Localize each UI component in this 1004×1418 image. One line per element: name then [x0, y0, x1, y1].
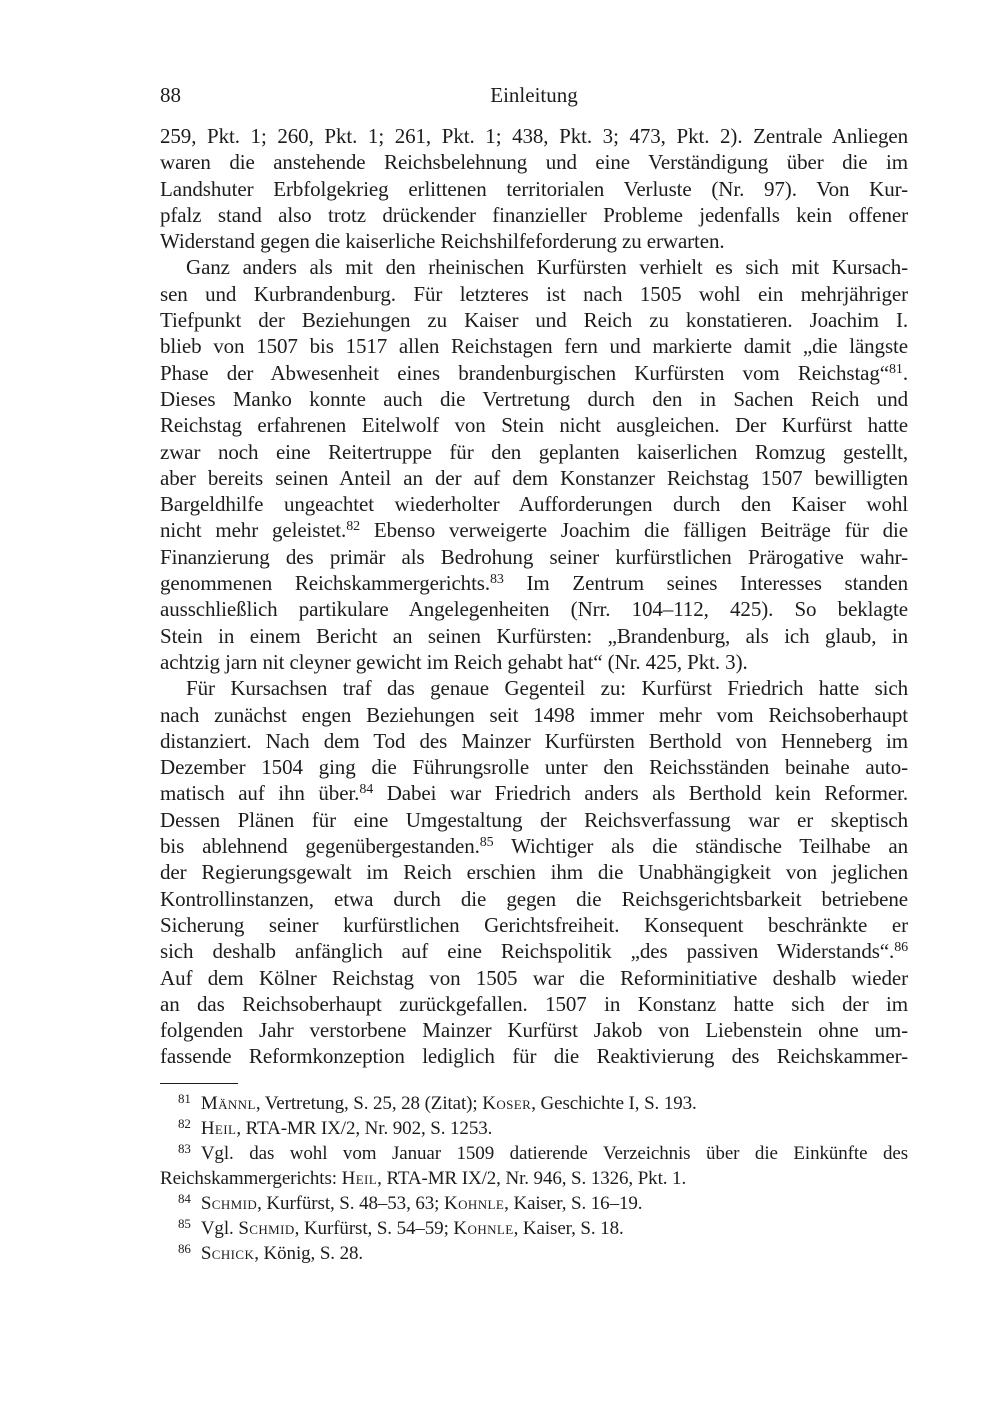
body-text-line: Dezember 1504 ging die Führungsrolle unt… [160, 754, 908, 780]
footnote-separator-rule [160, 1083, 238, 1084]
body-text-line: nicht mehr geleistet.82 Ebenso verweiger… [160, 517, 908, 543]
text-run: Vgl. das wohl vom Januar 1509 datierende… [201, 1143, 908, 1164]
book-page: 88 Einleitung 259, Pkt. 1; 260, Pkt. 1; … [0, 0, 1004, 1418]
text-run: Kontrollinstanzen, etwa durch die gegen … [160, 887, 908, 911]
footnote-number: 86 [178, 1241, 191, 1256]
text-run: zwar noch eine Reitertruppe für den gepl… [160, 440, 908, 464]
text-run: Vgl. [201, 1218, 239, 1239]
text-run: Phase der Abwesenheit eines brandenburgi… [160, 361, 889, 385]
body-text-line: Tiefpunkt der Beziehungen zu Kaiser und … [160, 307, 908, 333]
page-header-title: Einleitung [160, 82, 908, 108]
text-run: pfalz stand also trotz drückender finanz… [160, 203, 908, 227]
text-run: 259, Pkt. 1; 260, Pkt. 1; 261, Pkt. 1; 4… [160, 124, 908, 148]
text-run: Dessen Plänen für eine Umgestaltung der … [160, 808, 908, 832]
cited-author-name: Männl [201, 1093, 256, 1114]
body-text-line: Dessen Plänen für eine Umgestaltung der … [160, 807, 908, 833]
body-text-line: 259, Pkt. 1; 260, Pkt. 1; 261, Pkt. 1; 4… [160, 123, 908, 149]
body-text-line: Sicherung seiner kurfürstlichen Gerichts… [160, 912, 908, 938]
text-run: Finanzierung des primär als Bedrohung se… [160, 545, 908, 569]
text-run: Für Kursachsen traf das genaue Gegenteil… [186, 676, 908, 700]
text-run: an das Reichsoberhaupt zurückgefallen. 1… [160, 992, 908, 1016]
footnote-number: 85 [178, 1216, 191, 1231]
body-text-line: blieb von 1507 bis 1517 allen Reichstage… [160, 333, 908, 359]
footnote-ref: 81 [889, 362, 903, 377]
text-run: Sicherung seiner kurfürstlichen Gerichts… [160, 913, 908, 937]
body-text-line: Bargeldhilfe ungeachtet wiederholter Auf… [160, 491, 908, 517]
body-text-line: Phase der Abwesenheit eines brandenburgi… [160, 360, 908, 386]
body-text-line: ausschließlich partikulare Angelegenheit… [160, 596, 908, 622]
footnote-line: 85Vgl. Schmid, Kurfürst, S. 54–59; Kohnl… [160, 1216, 908, 1241]
footnote-number: 83 [178, 1141, 191, 1156]
body-text-line: Für Kursachsen traf das genaue Gegenteil… [160, 675, 908, 701]
cited-author-name: Schmid [238, 1218, 294, 1239]
text-run: Stein in einem Bericht an seinen Kurfürs… [160, 624, 908, 648]
text-run: Ebenso verweigerte Joachim die fälligen … [360, 518, 908, 542]
footnotes-section: 81Männl, Vertretung, S. 25, 28 (Zitat); … [160, 1091, 908, 1266]
text-run: bis ablehnend gegenübergestanden. [160, 834, 480, 858]
body-text-line: Ganz anders als mit den rheinischen Kurf… [160, 254, 908, 280]
text-run: , RTA-MR IX/2, Nr. 902, S. 1253. [236, 1118, 492, 1139]
body-text-line: der Regierungsgewalt im Reich erschien i… [160, 859, 908, 885]
text-run: , Kaiser, S. 16–19. [504, 1193, 642, 1214]
text-run: , Kaiser, S. 18. [514, 1218, 624, 1239]
footnote-ref: 84 [359, 782, 373, 797]
text-run: Dieses Manko konnte auch die Vertretung … [160, 387, 908, 411]
text-run: ausschließlich partikulare Angelegenheit… [160, 597, 908, 621]
footnote-ref: 85 [480, 835, 494, 850]
body-text-line: Dieses Manko konnte auch die Vertretung … [160, 386, 908, 412]
text-run: Tiefpunkt der Beziehungen zu Kaiser und … [160, 308, 908, 332]
footnote-ref: 83 [490, 572, 504, 587]
text-run: Dabei war Friedrich anders als Berthold … [373, 781, 908, 805]
text-run: , Kurfürst, S. 48–53, 63; [257, 1193, 444, 1214]
body-text-line: sich deshalb anfänglich auf eine Reichsp… [160, 938, 908, 964]
body-text-line: distanziert. Nach dem Tod des Mainzer Ku… [160, 728, 908, 754]
text-run: Wichtiger als die ständische Teilhabe an [494, 834, 908, 858]
text-run: , Vertretung, S. 25, 28 (Zitat); [256, 1093, 482, 1114]
text-run: Im Zentrum seines Interesses standen [504, 571, 908, 595]
body-text-line: achtzig jarn nit cleyner gewicht im Reic… [160, 649, 908, 675]
body-text-line: Auf dem Kölner Reichstag von 1505 war di… [160, 965, 908, 991]
body-text-line: bis ablehnend gegenübergestanden.85 Wich… [160, 833, 908, 859]
body-text-line: aber bereits seinen Anteil an der auf de… [160, 465, 908, 491]
body-text-line: fassende Reformkonzeption lediglich für … [160, 1043, 908, 1069]
text-run: , Geschichte I, S. 193. [531, 1093, 697, 1114]
body-text-line: matisch auf ihn über.84 Dabei war Friedr… [160, 780, 908, 806]
footnote-line: Reichskammergerichts: Heil, RTA-MR IX/2,… [160, 1166, 908, 1191]
text-run: matisch auf ihn über. [160, 781, 359, 805]
text-run: waren die anstehende Reichsbelehnung und… [160, 150, 908, 174]
body-text-line: zwar noch eine Reitertruppe für den gepl… [160, 439, 908, 465]
footnote-ref: 86 [894, 940, 908, 955]
footnote-line: 81Männl, Vertretung, S. 25, 28 (Zitat); … [160, 1091, 908, 1116]
cited-author-name: Kohnle [444, 1193, 504, 1214]
body-text-line: waren die anstehende Reichsbelehnung und… [160, 149, 908, 175]
cited-author-name: Kohnle [453, 1218, 513, 1239]
text-run: Reichstag erfahrenen Eitelwolf von Stein… [160, 413, 908, 437]
text-run: , Kurfürst, S. 54–59; [295, 1218, 454, 1239]
text-run: sich deshalb anfänglich auf eine Reichsp… [160, 939, 894, 963]
footnote-number: 81 [178, 1091, 191, 1106]
text-run: Ganz anders als mit den rheinischen Kurf… [186, 255, 908, 279]
body-text-line: genommenen Reichskammergerichts.83 Im Ze… [160, 570, 908, 596]
body-text-line: pfalz stand also trotz drückender finanz… [160, 202, 908, 228]
text-run: folgenden Jahr verstorbene Mainzer Kurfü… [160, 1018, 908, 1042]
running-head: 88 Einleitung [160, 82, 908, 109]
body-text-line: Kontrollinstanzen, etwa durch die gegen … [160, 886, 908, 912]
body-text-line: folgenden Jahr verstorbene Mainzer Kurfü… [160, 1017, 908, 1043]
text-run: der Regierungsgewalt im Reich erschien i… [160, 860, 908, 884]
text-run: fassende Reformkonzeption lediglich für … [160, 1044, 908, 1068]
cited-author-name: Heil [201, 1118, 237, 1139]
text-run: Widerstand gegen die kaiserliche Reichsh… [160, 229, 725, 253]
text-run: sen und Kurbrandenburg. Für letzteres is… [160, 282, 908, 306]
text-run: distanziert. Nach dem Tod des Mainzer Ku… [160, 729, 908, 753]
cited-author-name: Schmid [201, 1193, 257, 1214]
footnote-number: 84 [178, 1191, 191, 1206]
text-run: aber bereits seinen Anteil an der auf de… [160, 466, 908, 490]
body-text-line: Finanzierung des primär als Bedrohung se… [160, 544, 908, 570]
text-run: , RTA-MR IX/2, Nr. 946, S. 1326, Pkt. 1. [377, 1168, 686, 1189]
text-run: genommenen Reichskammergerichts. [160, 571, 490, 595]
body-text-line: Widerstand gegen die kaiserliche Reichsh… [160, 228, 908, 254]
footnote-number: 82 [178, 1116, 191, 1131]
text-run: Reichskammergerichts: [160, 1168, 342, 1189]
body-text-line: an das Reichsoberhaupt zurückgefallen. 1… [160, 991, 908, 1017]
footnote-ref: 82 [346, 519, 360, 534]
cited-author-name: Heil [342, 1168, 378, 1189]
body-text-line: Stein in einem Bericht an seinen Kurfürs… [160, 623, 908, 649]
footnote-line: 83Vgl. das wohl vom Januar 1509 datieren… [160, 1141, 908, 1166]
text-run: . [903, 361, 908, 385]
body-text-line: nach zunächst engen Beziehungen seit 149… [160, 702, 908, 728]
text-run: blieb von 1507 bis 1517 allen Reichstage… [160, 334, 908, 358]
text-run: Auf dem Kölner Reichstag von 1505 war di… [160, 966, 908, 990]
footnote-line: 84Schmid, Kurfürst, S. 48–53, 63; Kohnle… [160, 1191, 908, 1216]
text-run: nach zunächst engen Beziehungen seit 149… [160, 703, 908, 727]
text-run: Landshuter Erbfolgekrieg erlittenen terr… [160, 177, 908, 201]
body-text-line: sen und Kurbrandenburg. Für letzteres is… [160, 281, 908, 307]
text-run: Bargeldhilfe ungeachtet wiederholter Auf… [160, 492, 908, 516]
text-run: achtzig jarn nit cleyner gewicht im Reic… [160, 650, 748, 674]
body-text-line: Reichstag erfahrenen Eitelwolf von Stein… [160, 412, 908, 438]
footnote-line: 86Schick, König, S. 28. [160, 1241, 908, 1266]
body-text-line: Landshuter Erbfolgekrieg erlittenen terr… [160, 176, 908, 202]
body-text: 259, Pkt. 1; 260, Pkt. 1; 261, Pkt. 1; 4… [160, 123, 908, 1070]
text-run: , König, S. 28. [254, 1243, 363, 1264]
cited-author-name: Schick [201, 1243, 254, 1264]
cited-author-name: Koser [482, 1093, 531, 1114]
text-run: Dezember 1504 ging die Führungsrolle unt… [160, 755, 908, 779]
page-number: 88 [160, 82, 181, 108]
footnote-line: 82Heil, RTA-MR IX/2, Nr. 902, S. 1253. [160, 1116, 908, 1141]
text-run: nicht mehr geleistet. [160, 518, 346, 542]
